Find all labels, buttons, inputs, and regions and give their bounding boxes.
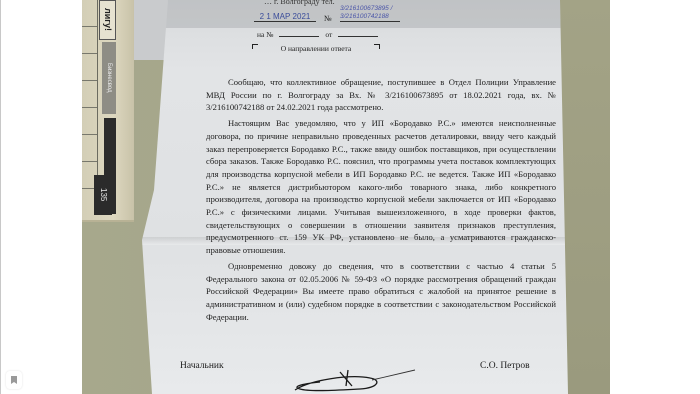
ref-from-label: от (325, 30, 332, 39)
bookmark-button[interactable] (6, 371, 22, 389)
subject-bracket-right (374, 44, 380, 49)
signer-title: Начальник (180, 361, 224, 371)
letter-paper: … г. Волгограду тел. 2 1 МАР 2021 № 3/21… (140, 0, 570, 394)
paragraph-2: Настоящим Вас уведомляю, что у ИП «Бород… (206, 117, 556, 257)
newspaper-strip: лигу! Бизнесвод 135 (82, 0, 134, 222)
reference-row: на №от (257, 30, 384, 39)
signer-name: С.О. Петров (480, 361, 530, 371)
document-photo: лигу! Бизнесвод 135 … г. Волгограду тел.… (82, 0, 610, 394)
newspaper-grid (82, 0, 98, 195)
date-stamp: 2 1 МАР 2021 (254, 12, 316, 22)
number-label: № (324, 14, 332, 23)
newspaper-page-number: 135 (94, 175, 112, 215)
registration-stamp: 3/216100673895 / 3/216100742188 (340, 5, 400, 22)
paragraph-3: Одновременно довожу до сведения, что в с… (206, 260, 556, 324)
ref-number-label: на № (257, 30, 273, 39)
newspaper-headline: лигу! (99, 0, 116, 40)
letter-body: Сообщаю, что коллективное обращение, пос… (206, 76, 556, 326)
viewer-left-border (0, 0, 1, 394)
bookmark-icon (11, 376, 17, 384)
paragraph-1: Сообщаю, что коллективное обращение, пос… (206, 76, 556, 114)
header-top-line: … г. Волгограду тел. (264, 0, 335, 6)
newspaper-label: Бизнесвод (102, 42, 116, 114)
letter-subject: О направлении ответа (252, 44, 380, 53)
ref-number-line (279, 36, 319, 37)
handwritten-signature (290, 362, 430, 394)
ref-date-line (338, 36, 378, 37)
image-viewer: лигу! Бизнесвод 135 … г. Волгограду тел.… (0, 0, 700, 394)
